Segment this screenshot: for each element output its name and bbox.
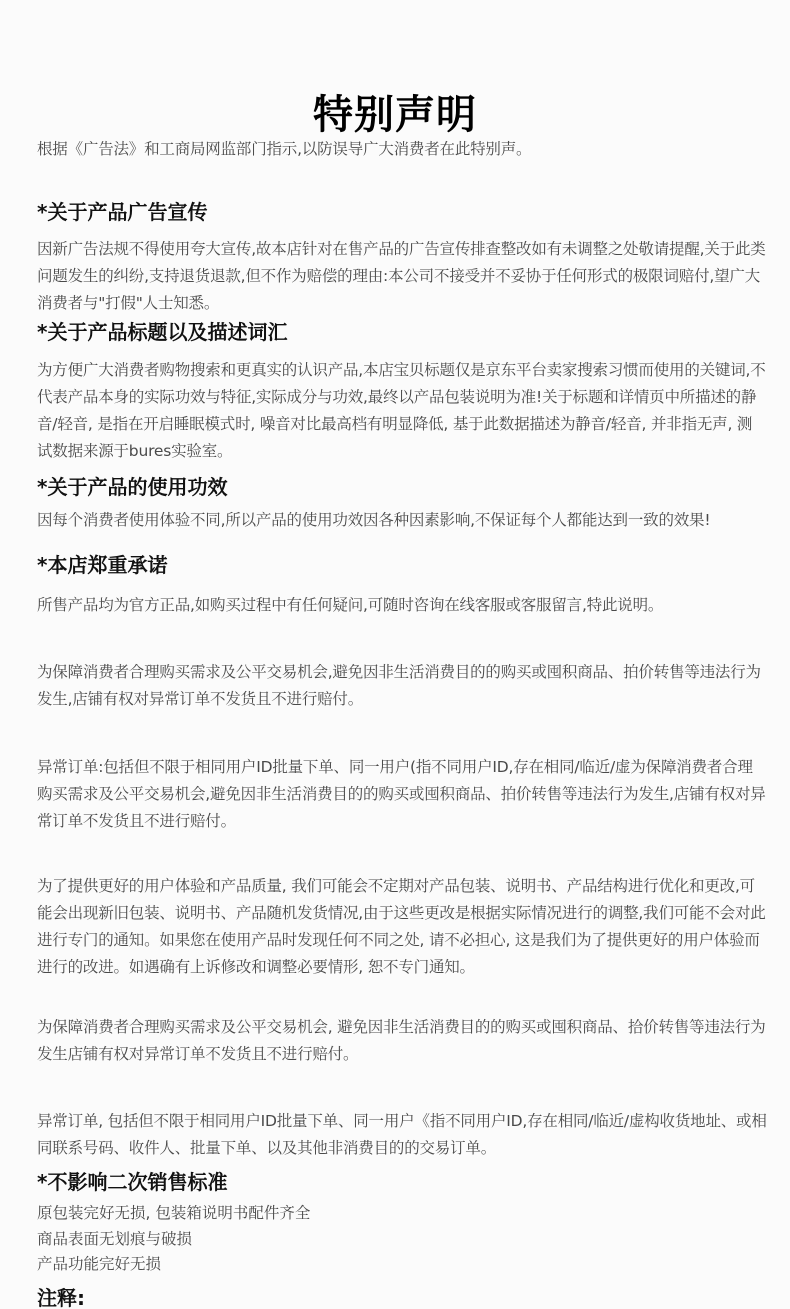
paragraph-packaging-changes: 为了提供更好的用户体验和产品质量, 我们可能会不定期对产品包装、说明书、产品结构… [37,873,767,981]
section-heading-promise: *本店郑重承诺 [37,551,167,579]
section-body-promise: 所售产品均为官方正品,如购买过程中有任何疑问,可随时咨询在线客服或客服留言,特此… [37,592,767,619]
section-heading-advertising: *关于产品广告宣传 [37,198,207,226]
resale-standard-item: 商品表面无划痕与破损 [37,1226,192,1253]
resale-standard-heading: *不影响二次销售标准 [37,1168,227,1196]
section-body-advertising: 因新广告法规不得使用夸大宣传,故本店针对在售产品的广告宣传排查整改如有未调整之处… [37,236,767,317]
paragraph-abnormal-orders-2: 异常订单, 包括但不限于相同用户ID批量下单、同一用户《指不同用户ID,存在相同… [37,1108,767,1162]
resale-standard-item: 原包装完好无损, 包装箱说明书配件齐全 [37,1200,310,1227]
page-title: 特别声明 [0,89,790,141]
notes-heading: 注释: [37,1284,85,1309]
section-heading-title-description: *关于产品标题以及描述词汇 [37,318,287,346]
intro-text: 根据《广告法》和工商局网监部门指示,以防误导广大消费者在此特别声。 [37,136,767,163]
section-heading-efficacy: *关于产品的使用功效 [37,473,227,501]
resale-standard-item: 产品功能完好无损 [37,1251,161,1278]
section-body-title-description: 为方便广大消费者购物搜索和更真实的认识产品,本店宝贝标题仅是京东平台卖家搜索习惯… [37,357,767,465]
paragraph-abnormal-orders: 异常订单:包括但不限于相同用户ID批量下单、同一用户(指不同用户ID,存在相同/… [37,754,767,835]
section-body-efficacy: 因每个消费者使用体验不同,所以产品的使用功效因各种因素影响,不保证每个人都能达到… [37,507,767,534]
paragraph-fair-trade: 为保障消费者合理购买需求及公平交易机会,避免因非生活消费目的的购买或囤积商品、拍… [37,659,767,713]
paragraph-fair-trade-2: 为保障消费者合理购买需求及公平交易机会, 避免因非生活消费目的的购买或囤积商品、… [37,1014,767,1068]
